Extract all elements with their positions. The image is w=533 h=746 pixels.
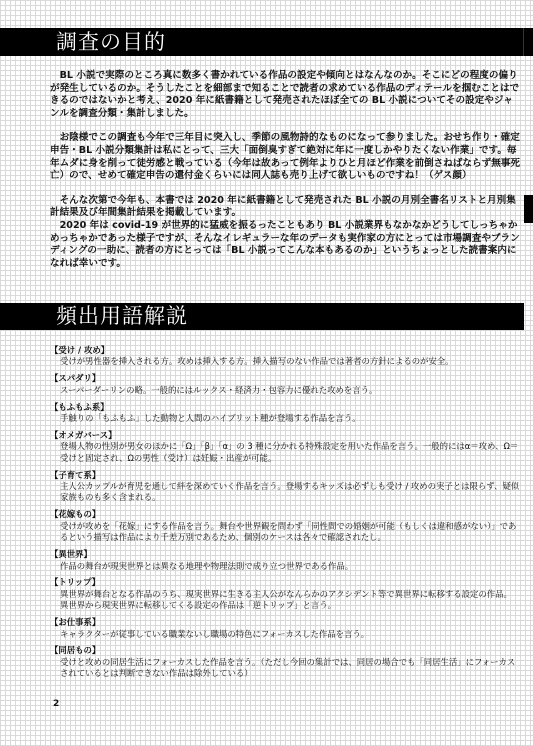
glossary-item: 【オメガバース】 登場人物の性別が男女のほかに「Ω」「β」「α」の 3 種に分か… bbox=[50, 430, 520, 464]
purpose-paragraph: BL 小説で実際のところ真に数多く書かれている作品の設定や傾向とはなんなのか。そ… bbox=[50, 70, 520, 120]
term-title: 【お仕事系】 bbox=[50, 617, 520, 628]
glossary-item: 【スパダリ】 スーパーダーリンの略。一般的にはルックス・経済力・包容力に優れた攻… bbox=[50, 373, 520, 396]
term-title: 【オメガバース】 bbox=[50, 430, 520, 441]
section-title-text: 調査の目的 bbox=[56, 30, 166, 54]
glossary-item: 【受け / 攻め】 受けが男性器を挿入される方。攻めは挿入する方。挿入描写のない… bbox=[50, 345, 520, 368]
term-description: 受けが攻めを「花嫁」にする作品を言う。舞台や世界観を問わず「同性間での婚姻が可能… bbox=[50, 521, 520, 544]
term-title: 【受け / 攻め】 bbox=[50, 345, 520, 356]
term-description: 作品の舞台が現実世界とは異なる地理や物理法則で成り立つ世界である作品。 bbox=[50, 561, 520, 572]
term-title: 【トリップ】 bbox=[50, 577, 520, 588]
term-description: 登場人物の性別が男女のほかに「Ω」「β」「α」の 3 種に分かれる特殊設定を用い… bbox=[50, 441, 520, 464]
glossary-item: 【お仕事系】 キャラクターが従事している職業ないし職場の特色にフォーカスした作品… bbox=[50, 617, 520, 640]
page-edge-tab bbox=[524, 195, 533, 223]
term-description: 主人公カップルが育児を通して絆を深めていく作品を言う。登場するキッズは必ずしも受… bbox=[50, 481, 520, 504]
glossary-item: 【異世界】 作品の舞台が現実世界とは異なる地理や物理法則で成り立つ世界である作品… bbox=[50, 549, 520, 572]
term-title: 【スパダリ】 bbox=[50, 373, 520, 384]
purpose-paragraph: お陰様でこの調査も今年で三年目に突入し、季節の風物詩的なものになって参りました。… bbox=[50, 132, 520, 182]
section-title-text: 頻出用語解説 bbox=[56, 304, 188, 328]
term-title: 【子育て系】 bbox=[50, 470, 520, 481]
glossary-list: 【受け / 攻め】 受けが男性器を挿入される方。攻めは挿入する方。挿入描写のない… bbox=[50, 345, 520, 685]
term-title: 【同居もの】 bbox=[50, 645, 520, 656]
page-number: 2 bbox=[53, 699, 59, 709]
term-title: 【花嫁もの】 bbox=[50, 509, 520, 520]
glossary-item: 【もふもふ系】 手触りの「もふもふ」した動物と人間のハイブリット種が登場する作品… bbox=[50, 402, 520, 425]
term-title: 【異世界】 bbox=[50, 549, 520, 560]
glossary-item: 【花嫁もの】 受けが攻めを「花嫁」にする作品を言う。舞台や世界観を問わず「同性間… bbox=[50, 509, 520, 543]
term-description: スーパーダーリンの略。一般的にはルックス・経済力・包容力に優れた攻めを言う。 bbox=[50, 385, 520, 396]
purpose-paragraph: そんな次第で今年も、本書では 2020 年に紙書籍として発売された BL 小説の… bbox=[50, 195, 520, 220]
term-description: 異世界が舞台となる作品のうち、現実世界に生きる主人公がなんらかのアクシデント等で… bbox=[50, 589, 520, 612]
term-description: 受けと攻めの同居生活にフォーカスした作品を言う。（ただし今回の集計では、同居の場… bbox=[50, 657, 520, 680]
glossary-item: 【子育て系】 主人公カップルが育児を通して絆を深めていく作品を言う。登場するキッ… bbox=[50, 470, 520, 504]
term-title: 【もふもふ系】 bbox=[50, 402, 520, 413]
term-description: 受けが男性器を挿入される方。攻めは挿入する方。挿入描写のない作品では著者の方針に… bbox=[50, 356, 520, 367]
purpose-body: BL 小説で実際のところ真に数多く書かれている作品の設定や傾向とはなんなのか。そ… bbox=[50, 70, 520, 270]
section-title-glossary: 頻出用語解説 bbox=[0, 303, 524, 330]
term-description: 手触りの「もふもふ」した動物と人間のハイブリット種が登場する作品を言う。 bbox=[50, 413, 520, 424]
glossary-item: 【トリップ】 異世界が舞台となる作品のうち、現実世界に生きる主人公がなんらかのア… bbox=[50, 577, 520, 611]
term-description: キャラクターが従事している職業ないし職場の特色にフォーカスした作品を言う。 bbox=[50, 629, 520, 640]
glossary-item: 【同居もの】 受けと攻めの同居生活にフォーカスした作品を言う。（ただし今回の集計… bbox=[50, 645, 520, 679]
purpose-paragraph: 2020 年は covid-19 が世界的に猛威を振るったこともあり BL 小説… bbox=[50, 220, 520, 270]
section-title-purpose: 調査の目的 bbox=[0, 28, 533, 56]
